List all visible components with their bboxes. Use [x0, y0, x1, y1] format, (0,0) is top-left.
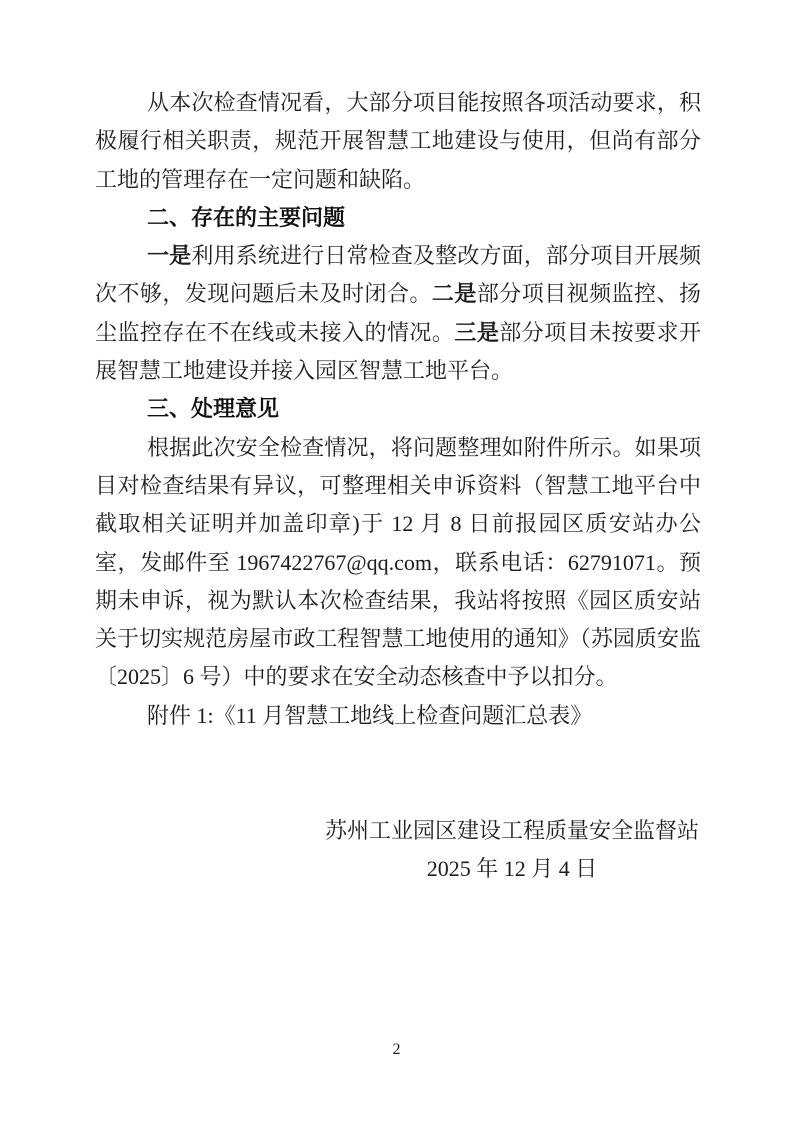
page-number: 2	[0, 1040, 793, 1060]
attachment-line: 附件 1:《11 月智慧工地线上检查问题汇总表》	[95, 697, 701, 735]
section-heading-problems: 二、存在的主要问题	[95, 199, 701, 237]
section-heading-handling: 三、处理意见	[95, 390, 701, 428]
problems-item2-label: 二是	[432, 281, 477, 306]
problems-item1-label: 一是	[147, 243, 191, 268]
problems-paragraph: 一是利用系统进行日常检查及整改方面，部分项目开展频次不够，发现问题后未及时闭合。…	[95, 237, 701, 390]
signature-block: 苏州工业园区建设工程质量安全监督站 2025 年 12 月 4 日	[95, 812, 701, 889]
document-page: 从本次检查情况看，大部分项目能按照各项活动要求，积极履行相关职责，规范开展智慧工…	[0, 0, 793, 1122]
overview-paragraph: 从本次检查情况看，大部分项目能按照各项活动要求，积极履行相关职责，规范开展智慧工…	[95, 84, 701, 199]
signature-date: 2025 年 12 月 4 日	[325, 850, 699, 888]
handling-paragraph: 根据此次安全检查情况，将问题整理如附件所示。如果项目对检查结果有异议，可整理相关…	[95, 429, 701, 697]
signature-organization: 苏州工业园区建设工程质量安全监督站	[325, 812, 699, 850]
document-body: 从本次检查情况看，大部分项目能按照各项活动要求，积极履行相关职责，规范开展智慧工…	[95, 84, 701, 888]
problems-item3-label: 三是	[454, 320, 499, 345]
